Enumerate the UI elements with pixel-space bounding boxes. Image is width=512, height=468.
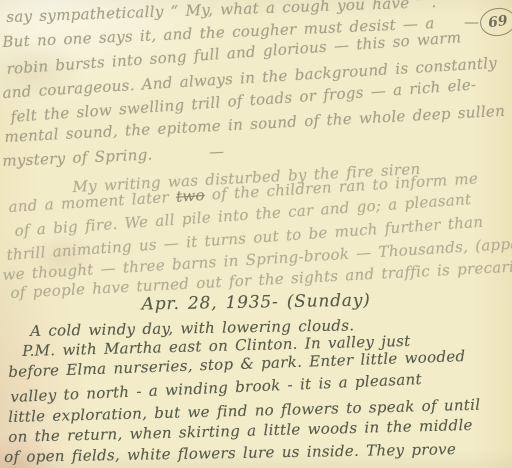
handwritten-text: say sympathetically “ My, what a cough y… (0, 0, 512, 468)
handwritten-line: mystery of Spring. — (2, 142, 225, 170)
journal-page: — 69 say sympathetically “ My, what a co… (0, 0, 512, 468)
